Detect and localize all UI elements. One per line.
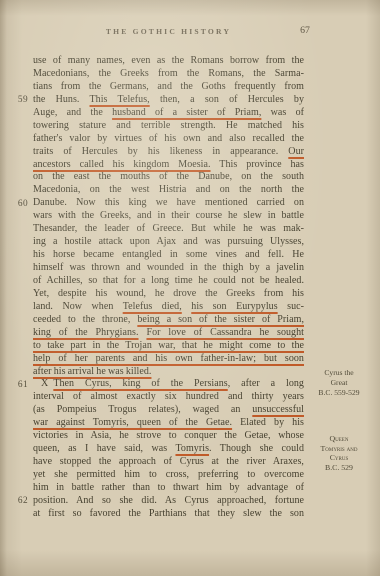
text-line: on the east the mouths of the Danube, on… bbox=[33, 171, 304, 184]
text-segment: Danube. Now this king we have mentioned … bbox=[33, 197, 304, 208]
text-segment: ing a hostile attack upon Ajax and was p… bbox=[33, 236, 304, 247]
text-line: tians from the Germans, and the Goths fr… bbox=[33, 81, 304, 94]
text-line: wars with the Greeks, and in their cours… bbox=[33, 210, 304, 223]
pen-underlined-text: Telefus died, bbox=[123, 301, 182, 312]
pen-underlined-text: being a son of the sister of Priam, bbox=[137, 314, 304, 325]
book-page: { "colors": { "paper": "#d8cdb5", "ink":… bbox=[0, 0, 380, 576]
text-line: of Achilles, so that for a long time he … bbox=[33, 275, 304, 288]
text-line: after his arrival he was killed. bbox=[33, 366, 304, 379]
text-line: ing a hostile attack upon Ajax and was p… bbox=[33, 236, 304, 249]
text-segment: was of bbox=[261, 107, 304, 118]
text-line: help of her parents and his own father-i… bbox=[33, 353, 304, 366]
text-segment: him in battle rather than to thwart him … bbox=[33, 482, 304, 493]
text-segment: Macedonians, the Greeks from the Romans,… bbox=[33, 68, 304, 79]
text-line: Macedonia, on the west Histria and on th… bbox=[33, 184, 304, 197]
text-segment: father's valor by virtues of his own and… bbox=[33, 133, 304, 144]
text-line: queen, as I have said, was Tomyris. Thou… bbox=[33, 443, 304, 456]
page-number: 67 bbox=[293, 25, 317, 36]
pen-underlined-text: ancestors called his kingdom Moesia. bbox=[33, 159, 211, 170]
text-segment bbox=[182, 301, 191, 312]
text-segment: tians from the Germans, and the Goths fr… bbox=[33, 81, 304, 92]
text-line: 60Danube. Now this king we have mentione… bbox=[33, 197, 304, 210]
page-text: use of many names, even as the Romans bo… bbox=[33, 55, 304, 521]
text-segment: at first so favored the Parthians that t… bbox=[33, 508, 304, 519]
pen-underlined-text: war against Tomyris, queen of the Getae. bbox=[33, 417, 232, 428]
text-segment: have stopped the approach of Cyrus at th… bbox=[33, 456, 304, 467]
text-line: land. Now when Telefus died, his son Eur… bbox=[33, 301, 304, 314]
text-line: king of the Phrygians. For love of Cassa… bbox=[33, 327, 304, 340]
text-line: to take part in the Trojan war, that he … bbox=[33, 340, 304, 353]
pen-underlined-text: For love of Cassandra he sought bbox=[146, 327, 304, 338]
text-segment: towering stature and terrible strength. … bbox=[33, 120, 304, 131]
text-line: him in battle rather than to thwart him … bbox=[33, 482, 304, 495]
pen-underlined-text: after his arrival he was killed. bbox=[33, 366, 151, 377]
text-segment: himself was thrown and wounded in the th… bbox=[33, 262, 304, 273]
text-segment: traits of Hercules by his likeness in ap… bbox=[33, 146, 288, 157]
text-line: himself was thrown and wounded in the th… bbox=[33, 262, 304, 275]
text-line: Macedonians, the Greeks from the Romans,… bbox=[33, 68, 304, 81]
text-segment: Auge, and the bbox=[33, 107, 112, 118]
text-segment: Macedonia, on the west Histria and on th… bbox=[33, 184, 304, 195]
text-segment: use of many names, even as the Romans bo… bbox=[33, 55, 304, 66]
margin-section-number: 59 bbox=[11, 94, 28, 107]
text-segment: suc- bbox=[278, 301, 304, 312]
text-segment: (as Pompeius Trogus relates), waged an bbox=[33, 404, 252, 415]
text-line: yet she permitted him to cross, preferri… bbox=[33, 469, 304, 482]
text-line: traits of Hercules by his likeness in ap… bbox=[33, 146, 304, 159]
text-segment: , after a long bbox=[228, 378, 304, 389]
pen-underlined-text: Then Cyrus, king of the Persians bbox=[53, 378, 227, 389]
text-segment: his horse became entangled in some vines… bbox=[33, 249, 304, 260]
sidenote-cyrus-the-great: Cyrus the Great B.C. 559-529 bbox=[304, 368, 374, 397]
text-segment: interval of almost exactly six hundred a… bbox=[33, 391, 304, 402]
text-segment: Elated by his bbox=[232, 417, 304, 428]
pen-underlined-text: This Telefus, bbox=[90, 94, 150, 105]
text-segment: Thesander, the leader of Greece. But whi… bbox=[33, 223, 304, 234]
pen-underlined-text: king of the Phrygians. bbox=[33, 327, 139, 338]
text-line: ancestors called his kingdom Moesia. Thi… bbox=[33, 159, 304, 172]
margin-section-number: 62 bbox=[11, 495, 28, 508]
text-line: at first so favored the Parthians that t… bbox=[33, 508, 304, 521]
text-line: Auge, and the husband of a sister of Pri… bbox=[33, 107, 304, 120]
pen-underlined-text: help of her parents and his own father-i… bbox=[33, 353, 304, 364]
text-segment: of Achilles, so that for a long time he … bbox=[33, 275, 304, 286]
text-segment: the Huns. bbox=[33, 94, 90, 105]
pen-underlined-text: husband of a sister of Priam, bbox=[112, 107, 261, 118]
pen-underlined-text: to take part in the Trojan war, that he … bbox=[33, 340, 304, 351]
text-segment: X bbox=[41, 378, 53, 389]
text-segment: queen, as I have said, was bbox=[33, 443, 175, 454]
text-line: Yet, despite his wound, he drove the Gre… bbox=[33, 288, 304, 301]
text-segment: then, a son of Hercules by bbox=[150, 94, 304, 105]
text-segment: ceeded to the throne, bbox=[33, 314, 137, 325]
text-line: have stopped the approach of Cyrus at th… bbox=[33, 456, 304, 469]
text-segment: position. And so she did. As Cyrus appro… bbox=[33, 495, 304, 506]
pen-underlined-text: his son Eurypylus bbox=[191, 301, 277, 312]
text-line: 59the Huns. This Telefus, then, a son of… bbox=[33, 94, 304, 107]
text-line: victories in Asia, he strove to conquer … bbox=[33, 430, 304, 443]
text-line: interval of almost exactly six hundred a… bbox=[33, 391, 304, 404]
pen-underlined-text: unsuccessful bbox=[252, 404, 304, 415]
text-line: father's valor by virtues of his own and… bbox=[33, 133, 304, 146]
text-segment: yet she permitted him to cross, preferri… bbox=[33, 469, 304, 480]
sidenote-queen-tomyris: Queen Tomyris and Cyrus B.C. 529 bbox=[304, 434, 374, 472]
text-segment: land. Now when bbox=[33, 301, 123, 312]
text-segment: victories in Asia, he strove to conquer … bbox=[33, 430, 304, 441]
text-segment: on the east the mouths of the Danube, on… bbox=[33, 171, 304, 182]
text-line: 62position. And so she did. As Cyrus app… bbox=[33, 495, 304, 508]
text-segment: This province has bbox=[211, 159, 304, 170]
text-line: war against Tomyris, queen of the Getae.… bbox=[33, 417, 304, 430]
text-line: towering stature and terrible strength. … bbox=[33, 120, 304, 133]
running-header-title: THE GOTHIC HISTORY bbox=[33, 27, 304, 36]
pen-underlined-text: Tomyris bbox=[175, 443, 209, 454]
text-segment: wars with the Greeks, and in their cours… bbox=[33, 210, 304, 221]
text-line: 61X Then Cyrus, king of the Persians, af… bbox=[33, 378, 304, 391]
text-line: ceeded to the throne, being a son of the… bbox=[33, 314, 304, 327]
margin-section-number: 60 bbox=[11, 198, 28, 211]
pen-underlined-text: Our bbox=[288, 146, 304, 157]
text-line: his horse became entangled in some vines… bbox=[33, 249, 304, 262]
text-segment: Yet, despite his wound, he drove the Gre… bbox=[33, 288, 304, 299]
text-line: (as Pompeius Trogus relates), waged an u… bbox=[33, 404, 304, 417]
text-line: use of many names, even as the Romans bo… bbox=[33, 55, 304, 68]
text-line: Thesander, the leader of Greece. But whi… bbox=[33, 223, 304, 236]
margin-section-number: 61 bbox=[11, 379, 28, 392]
text-segment: . Though she could bbox=[209, 443, 304, 454]
